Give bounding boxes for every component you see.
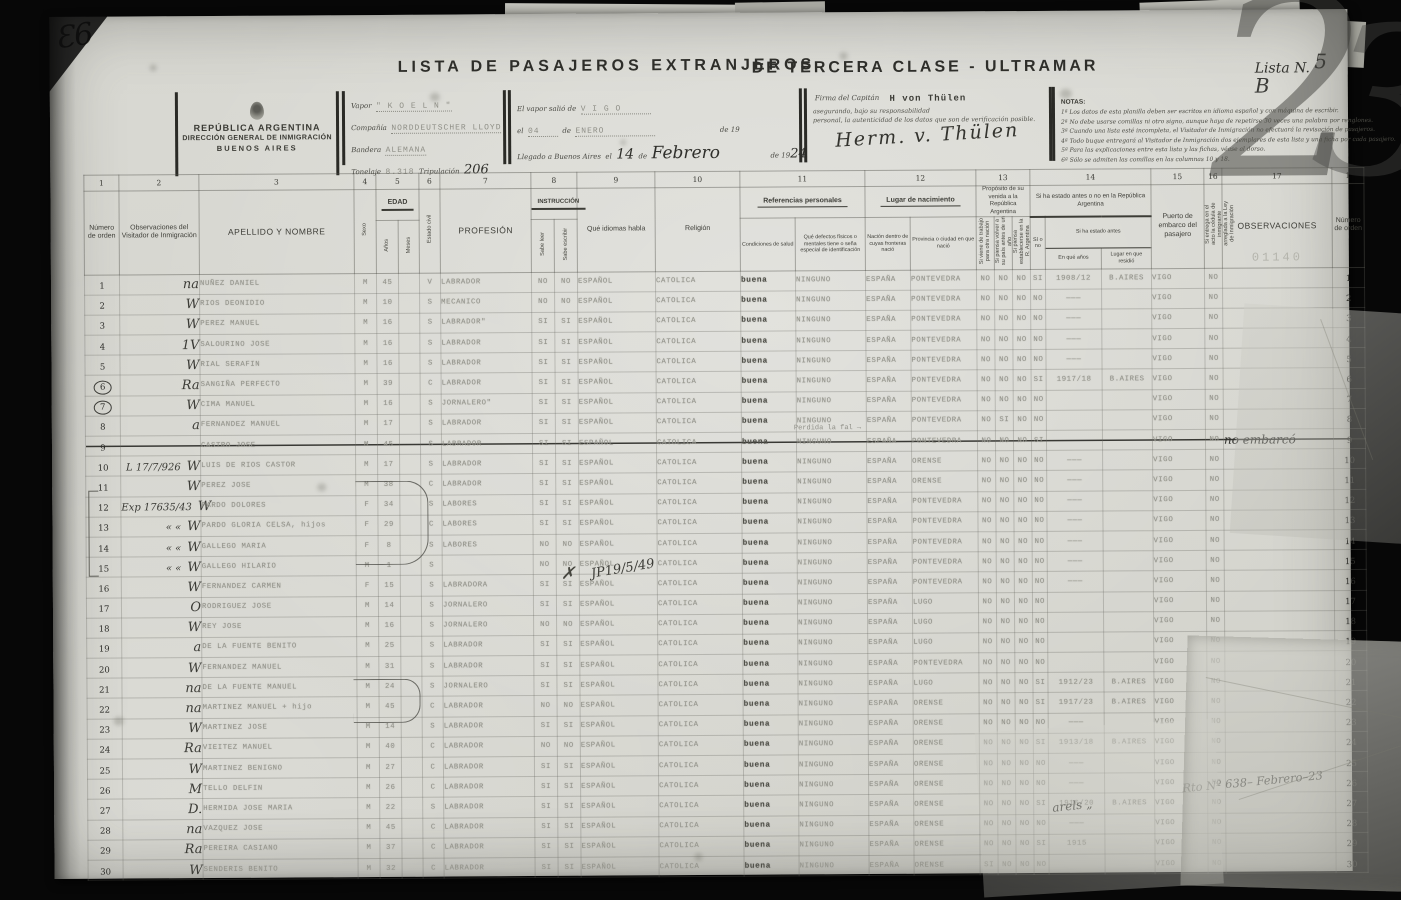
birth-province: PONTEVEDRA xyxy=(912,512,978,533)
order-number: 29 xyxy=(99,847,111,857)
can-read: SI xyxy=(533,575,556,595)
profession: LABRADOR xyxy=(443,635,534,656)
been-years: ——— xyxy=(1047,450,1103,471)
been-place: B.AIRES xyxy=(1101,268,1151,288)
purpose-c: NO xyxy=(1013,410,1031,430)
order-number: 11 xyxy=(97,484,109,494)
sex: M xyxy=(354,273,376,293)
health: buena xyxy=(740,270,795,291)
been-place xyxy=(1103,510,1153,530)
visitor-initial: W xyxy=(186,358,199,373)
order-number-right: 24 xyxy=(1345,738,1357,748)
been-years: ——— xyxy=(1047,531,1103,552)
language: ESPAÑOL xyxy=(580,614,658,635)
order-number-right: 2 xyxy=(1343,294,1355,304)
sex: M xyxy=(356,455,378,475)
purpose-c: NO xyxy=(1013,289,1031,309)
order-number: 1 xyxy=(96,282,108,292)
purpose-c: NO xyxy=(1015,673,1033,693)
delivers-card: NO xyxy=(1206,449,1224,469)
visitor-initial: W xyxy=(186,318,199,333)
language: ESPAÑOL xyxy=(580,756,658,777)
civil-status: S xyxy=(422,656,443,676)
civil-status: S xyxy=(420,313,441,333)
profession xyxy=(442,555,533,576)
purpose-b: NO xyxy=(995,370,1013,390)
header-boxes: REPÚBLICA ARGENTINA DIRECCIÓN GENERAL DE… xyxy=(120,86,1248,169)
been-place xyxy=(1102,288,1152,308)
birth-nation: ESPAÑA xyxy=(867,573,912,593)
order-number-cell: 5 xyxy=(85,355,120,375)
visitor-mark-cell: « «W xyxy=(121,516,201,537)
purpose-b: NO xyxy=(997,713,1015,733)
visitor-mark-cell: W xyxy=(120,314,200,335)
been-years: ——— xyxy=(1049,773,1105,794)
salio-day: 04 xyxy=(528,127,558,137)
birth-province: ORENSE xyxy=(914,835,980,856)
sex: M xyxy=(357,737,379,757)
order-number-cell: 9 xyxy=(85,436,120,456)
can-write: SI xyxy=(557,756,580,776)
order-number: 8 xyxy=(97,423,109,433)
age-years: 25 xyxy=(379,636,401,656)
profession: JORNALERO xyxy=(443,676,534,697)
visitor-mark-cell: na xyxy=(123,819,203,840)
birth-nation: ESPAÑA xyxy=(869,835,914,855)
been-before: NO xyxy=(1034,854,1049,874)
language: ESPAÑOL xyxy=(581,796,659,817)
health: buena xyxy=(741,392,796,413)
order-number-cell-right: 28 xyxy=(1336,812,1368,832)
embark-port: VIGO xyxy=(1155,793,1208,814)
profession: LABORES xyxy=(442,494,533,515)
religion: CATOLICA xyxy=(658,755,743,776)
been-before: NO xyxy=(1034,774,1049,794)
header-apellido-nombre: APELLIDO Y NOMBRE xyxy=(199,190,355,274)
order-number-right: 10 xyxy=(1344,456,1356,466)
order-number-right: 5 xyxy=(1343,355,1355,365)
org-line3: BUENOS AIRES xyxy=(178,143,336,153)
birth-province: LUGO xyxy=(913,673,979,694)
purpose-b: NO xyxy=(995,330,1013,350)
visitor-initial: Ra xyxy=(185,842,203,857)
birth-province: PONTEVEDRA xyxy=(912,532,978,553)
purpose-a: NO xyxy=(977,350,995,370)
age-months xyxy=(402,818,423,838)
been-before: NO xyxy=(1031,329,1046,349)
been-before: SI xyxy=(1033,693,1048,713)
birth-nation: ESPAÑA xyxy=(869,855,914,875)
order-number-cell: 28 xyxy=(88,820,123,840)
vapor-value: " K O E L N " xyxy=(376,102,451,112)
birth-nation: ESPAÑA xyxy=(866,431,911,451)
birth-province: ORENSE xyxy=(913,734,979,755)
delivers-card: NO xyxy=(1205,409,1223,429)
purpose-c: NO xyxy=(1016,834,1034,854)
order-number: 7 xyxy=(94,401,112,415)
profession: LABRADOR xyxy=(441,373,532,394)
nota-6: 6ª Sólo se admiten las comillas en las c… xyxy=(1061,155,1251,166)
language: ESPAÑOL xyxy=(580,736,658,757)
been-place xyxy=(1103,531,1153,551)
purpose-a: NO xyxy=(980,834,998,854)
profession: LABRADOR xyxy=(444,837,535,858)
birth-nation: ESPAÑA xyxy=(868,734,913,754)
visitor-initial: W xyxy=(187,560,200,575)
purpose-c: NO xyxy=(1015,612,1033,632)
visitor-note: « « xyxy=(166,543,181,554)
can-write: NO xyxy=(557,615,580,635)
order-number-right: 27 xyxy=(1346,799,1358,809)
religion: CATOLICA xyxy=(656,311,741,332)
sex: M xyxy=(357,657,379,677)
notas-box: NOTAS: 1ª Los datos de esta planilla deb… xyxy=(1052,86,1251,161)
language: ESPAÑOL xyxy=(580,695,658,716)
religion: CATOLICA xyxy=(658,695,743,716)
age-years: 37 xyxy=(380,838,402,858)
defects: NINGUNO xyxy=(797,492,867,513)
visitor-mark-cell: W xyxy=(123,859,203,880)
header-numero-orden-right: Número de orden xyxy=(1332,183,1365,267)
observations-cell xyxy=(1223,328,1333,349)
order-number-cell-right: 16 xyxy=(1334,570,1366,590)
header-edad: EDAD xyxy=(382,199,414,211)
sex: M xyxy=(355,374,377,394)
purpose-a: NO xyxy=(978,572,996,592)
been-years: ——— xyxy=(1046,289,1102,310)
purpose-a: NO xyxy=(980,794,998,814)
been-place xyxy=(1104,611,1154,631)
been-years xyxy=(1046,390,1102,411)
been-years xyxy=(1046,410,1102,431)
purpose-c: NO xyxy=(1014,451,1032,471)
birth-nation: ESPAÑA xyxy=(867,472,912,492)
observations-cell xyxy=(1223,287,1333,308)
order-number: 9 xyxy=(97,443,109,453)
defects: NINGUNO xyxy=(799,855,869,876)
spine-shadow xyxy=(49,17,80,879)
health: buena xyxy=(742,553,797,574)
been-before: NO xyxy=(1032,511,1047,531)
delivers-card: NO xyxy=(1208,853,1226,873)
been-years: 1913/18 xyxy=(1048,733,1104,754)
embark-port: VIGO xyxy=(1153,591,1206,612)
can-read: SI xyxy=(535,817,558,837)
embark-port: VIGO xyxy=(1152,389,1205,410)
el-label2: el xyxy=(605,153,611,161)
sex: M xyxy=(357,757,379,777)
been-before: NO xyxy=(1032,552,1047,572)
birth-province: ORENSE xyxy=(912,471,978,492)
order-number: 14 xyxy=(98,544,110,554)
been-years xyxy=(1049,854,1105,875)
can-write: SI xyxy=(558,776,581,796)
can-write: SI xyxy=(557,655,580,675)
religion: CATOLICA xyxy=(655,271,740,292)
defects: NINGUNO xyxy=(796,371,866,392)
civil-status: S xyxy=(420,414,441,434)
sex: M xyxy=(355,313,377,333)
civil-status: S xyxy=(420,434,441,454)
delivers-card: NO xyxy=(1206,571,1224,591)
purpose-c: NO xyxy=(1016,854,1034,874)
observations-cell xyxy=(1226,812,1336,833)
defects: NINGUNO xyxy=(799,795,869,816)
colnum-4: 4 xyxy=(354,173,376,189)
compania-value: NORDDEUTSCHER LLOYD xyxy=(391,123,501,134)
health: buena xyxy=(741,291,796,312)
can-read: SI xyxy=(532,332,555,352)
defects: NINGUNO xyxy=(797,573,867,594)
header-group-row: Número de orden Observaciones del Visita… xyxy=(84,183,1364,222)
been-place xyxy=(1102,410,1152,430)
purpose-c: NO xyxy=(1015,713,1033,733)
been-before: SI xyxy=(1031,370,1046,390)
observations-cell xyxy=(1225,631,1335,652)
civil-status: S xyxy=(420,353,441,373)
observaciones-label: OBSERVACIONES xyxy=(1237,220,1316,230)
captain-box: Firma del Capitán H von Thülen asegurand… xyxy=(804,87,1052,163)
can-write: NO xyxy=(557,696,580,716)
purpose-a: NO xyxy=(979,713,997,733)
handwritten-brace-rows12-15 xyxy=(355,481,429,565)
embark-port: VIGO xyxy=(1154,651,1207,672)
birth-nation: ESPAÑA xyxy=(867,451,912,471)
been-years: ——— xyxy=(1046,309,1102,330)
header-lugar-nacimiento: Lugar de nacimiento xyxy=(880,196,961,207)
header-en-que-anos: En qué años xyxy=(1045,248,1101,269)
delivers-card: NO xyxy=(1207,712,1225,732)
purpose-b: NO xyxy=(996,491,1014,511)
passenger-name: VAZQUEZ JOSE xyxy=(203,818,358,839)
observations-cell: no embarcó xyxy=(1223,429,1333,450)
birth-province: PONTEVEDRA xyxy=(911,411,977,432)
observations-cell xyxy=(1224,489,1334,510)
been-before: SI xyxy=(1033,733,1048,753)
embark-port: VIGO xyxy=(1153,571,1206,592)
purpose-b: NO xyxy=(997,673,1015,693)
order-number-right: 29 xyxy=(1346,839,1358,849)
org-line2: DIRECCIÓN GENERAL DE INMIGRACIÓN xyxy=(178,134,336,142)
can-write: NO xyxy=(555,292,578,312)
order-number-cell: 1 xyxy=(84,275,119,295)
been-place xyxy=(1103,591,1153,611)
purpose-c: NO xyxy=(1015,753,1033,773)
been-before: SI xyxy=(1033,673,1048,693)
can-read: NO xyxy=(532,292,555,312)
order-number-cell: 26 xyxy=(88,779,123,799)
birth-province: ORENSE xyxy=(913,693,979,714)
health: buena xyxy=(744,815,799,836)
visitor-initial: na xyxy=(185,681,201,696)
been-years: 1908/12 xyxy=(1045,269,1101,290)
order-number-cell-right: 18 xyxy=(1335,610,1367,630)
observations-cell xyxy=(1224,509,1334,530)
order-number: 20 xyxy=(98,665,110,675)
ship-box: Vapor " K O E L N " Compañía NORDDEUTSCH… xyxy=(342,90,506,165)
bandera-label: Bandera xyxy=(351,146,381,154)
passenger-name: GALLEGO MARIA xyxy=(201,536,356,557)
purpose-c: NO xyxy=(1014,511,1032,531)
civil-status: C xyxy=(422,757,443,777)
delivers-card: NO xyxy=(1206,470,1224,490)
been-years: ——— xyxy=(1049,814,1105,835)
profession: LABRADOR xyxy=(443,716,534,737)
health: buena xyxy=(744,856,799,877)
language: ESPAÑOL xyxy=(579,514,657,535)
header-profesion: PROFESIÓN xyxy=(440,189,532,273)
age-months xyxy=(399,353,420,373)
civil-status: S xyxy=(422,636,443,656)
religion: CATOLICA xyxy=(659,816,744,837)
purpose-c: NO xyxy=(1014,471,1032,491)
been-years: ——— xyxy=(1048,713,1104,734)
health: buena xyxy=(743,755,798,776)
birth-nation: ESPAÑA xyxy=(867,512,912,532)
visitor-mark-cell: W xyxy=(120,395,200,416)
embark-port: VIGO xyxy=(1154,672,1207,693)
passenger-name: SENDERIS BENITO xyxy=(203,859,358,880)
order-number-right: 12 xyxy=(1344,496,1356,506)
order-number-right: 18 xyxy=(1345,617,1357,627)
age-months xyxy=(399,434,420,454)
can-write: SI xyxy=(558,837,581,857)
age-years: 32 xyxy=(380,858,402,878)
page-corner-shadow xyxy=(43,9,114,99)
can-read: SI xyxy=(533,454,556,474)
profession: LABORES xyxy=(442,514,533,535)
been-years xyxy=(1046,430,1102,451)
passenger-name: FERNANDEZ MANUEL xyxy=(202,657,357,678)
can-write: SI xyxy=(556,595,579,615)
birth-nation: ESPAÑA xyxy=(868,754,913,774)
birth-province: PONTEVEDRA xyxy=(911,370,977,391)
colnum-7: 7 xyxy=(440,173,531,190)
can-read: NO xyxy=(531,272,554,292)
birth-nation: ESPAÑA xyxy=(867,492,912,512)
header-instruccion: INSTRUCCIÓN xyxy=(532,199,586,210)
colnum-12: 12 xyxy=(865,170,976,187)
embark-port: VIGO xyxy=(1154,752,1207,773)
handwritten-brace-rows22-23 xyxy=(353,679,420,723)
been-before: NO xyxy=(1031,410,1046,430)
been-years xyxy=(1047,592,1103,613)
order-number: 28 xyxy=(99,827,111,837)
can-read: SI xyxy=(533,474,556,494)
can-write: SI xyxy=(556,514,579,534)
order-number: 17 xyxy=(98,605,110,615)
header-proposito-b: Si piensa volver a su país antes de un a… xyxy=(995,216,1014,266)
header-observaciones: OBSERVACIONES 01140 xyxy=(1222,184,1333,268)
visitor-initial: W xyxy=(186,398,199,413)
language: ESPAÑOL xyxy=(581,816,659,837)
delivers-card: NO xyxy=(1206,490,1224,510)
colnum-15: 15 xyxy=(1151,168,1204,184)
purpose-a: NO xyxy=(979,653,997,673)
order-number-cell-right: 3 xyxy=(1333,307,1365,327)
order-number-cell-right: 14 xyxy=(1334,529,1366,549)
can-write: SI xyxy=(557,675,580,695)
order-number: 2 xyxy=(96,302,108,312)
agency-box: REPÚBLICA ARGENTINA DIRECCIÓN GENERAL DE… xyxy=(175,91,340,176)
profession: JORNALERO" xyxy=(441,393,532,414)
passenger-name: VIEITEZ MANUEL xyxy=(202,737,357,758)
order-number-cell-right: 2 xyxy=(1333,287,1365,307)
visitor-initial: W xyxy=(188,661,201,676)
religion: CATOLICA xyxy=(659,796,744,817)
passenger-name: MARTINEZ JOSE xyxy=(202,717,357,738)
purpose-b: NO xyxy=(997,754,1015,774)
birth-province: LUGO xyxy=(913,633,979,654)
birth-province: PONTEVEDRA xyxy=(910,269,976,290)
purpose-a: NO xyxy=(978,552,996,572)
profession: LABRADOR xyxy=(443,656,534,677)
been-years xyxy=(1048,632,1104,653)
passenger-name: MARTINEZ MANUEL + hijo xyxy=(202,697,357,718)
been-place xyxy=(1103,450,1153,470)
been-years: ——— xyxy=(1047,511,1103,532)
purpose-b: NO xyxy=(996,511,1014,531)
civil-status: S xyxy=(422,676,443,696)
purpose-c: NO xyxy=(1014,552,1032,572)
purpose-b: NO xyxy=(996,532,1014,552)
visitor-initial: W xyxy=(187,519,200,534)
x-mark: ✗ xyxy=(561,564,575,584)
can-read: SI xyxy=(535,797,558,817)
delivers-card: NO xyxy=(1205,369,1223,389)
religion: CATOLICA xyxy=(657,533,742,554)
order-number-right: 19 xyxy=(1345,637,1357,647)
civil-status: S xyxy=(420,394,441,414)
been-years: ——— xyxy=(1047,551,1103,572)
visitor-initial: M xyxy=(189,782,202,797)
purpose-b: NO xyxy=(995,289,1013,309)
order-number: 3 xyxy=(96,322,108,332)
delivers-card: NO xyxy=(1205,288,1223,308)
purpose-b: NO xyxy=(998,774,1016,794)
passenger-table: 1 2 3 4 5 6 7 8 9 10 11 12 13 14 15 16 1… xyxy=(83,167,1368,881)
been-place: B.AIRES xyxy=(1105,793,1155,813)
delivers-card: NO xyxy=(1207,732,1225,752)
defects: NINGUNO xyxy=(798,754,868,775)
defects: NINGUNO xyxy=(796,431,866,452)
been-place xyxy=(1102,349,1152,369)
order-number-cell-right: 4 xyxy=(1333,328,1365,348)
purpose-a: NO xyxy=(978,491,996,511)
order-number-right: 4 xyxy=(1343,335,1355,345)
birth-province: PONTEVEDRA xyxy=(912,552,978,573)
embark-port: VIGO xyxy=(1152,369,1205,390)
delivers-card: NO xyxy=(1204,268,1222,288)
age-years: 27 xyxy=(379,757,401,777)
language: ESPAÑOL xyxy=(581,776,659,797)
order-number-cell-right: 10 xyxy=(1334,449,1366,469)
religion: CATOLICA xyxy=(656,331,741,352)
defects: NINGUNO xyxy=(796,351,866,372)
been-years: 1917/18 xyxy=(1046,369,1102,390)
purpose-a: NO xyxy=(977,330,995,350)
birth-nation: ESPAÑA xyxy=(869,815,914,835)
scanned-passenger-list: { "page": { "title_left": "LISTA DE PASA… xyxy=(0,0,1401,900)
can-read: SI xyxy=(533,514,556,534)
profession: LABRADOR xyxy=(443,696,534,717)
purpose-c: NO xyxy=(1014,592,1032,612)
visitor-initial: Ra xyxy=(182,378,200,393)
been-before: NO xyxy=(1033,753,1048,773)
order-number-cell: 8 xyxy=(85,416,120,436)
assure-line1: asegurando, bajo su responsabilidad xyxy=(813,108,930,116)
defects: NINGUNO xyxy=(798,613,868,634)
